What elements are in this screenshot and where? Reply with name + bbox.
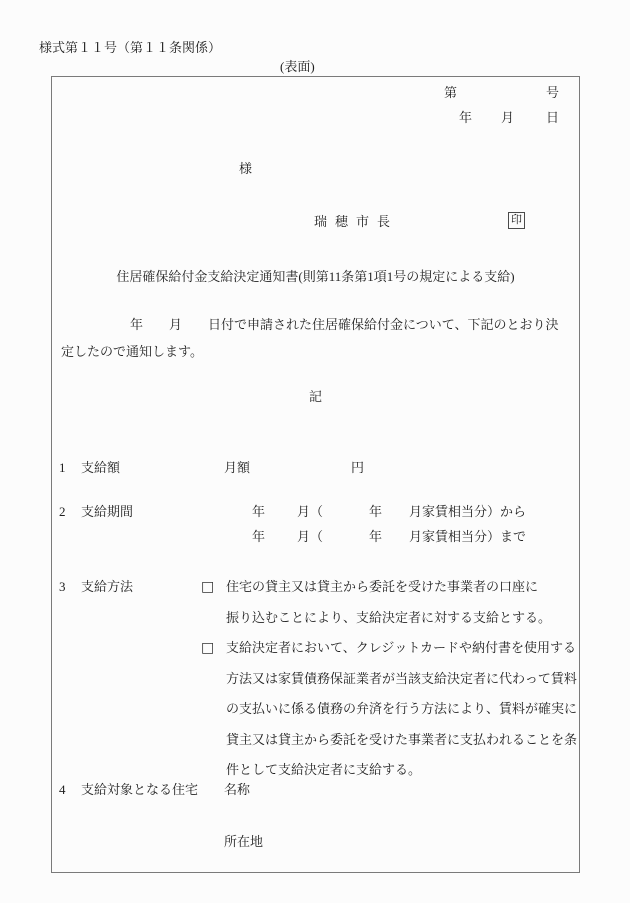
period-to-tail: 月家賃相当分）まで — [409, 528, 526, 546]
issuer-title: 瑞穂市長 — [314, 213, 398, 231]
item2-label: 支給期間 — [81, 503, 133, 521]
document-page: 様式第１１号（第１１条関係） (表面) 第 号 年 月 日 様 瑞穂市長 印 住… — [0, 0, 630, 903]
payment-option1-line: 振り込むことにより、支給決定者に対する支給とする。 — [226, 609, 551, 627]
date-month-label: 月 — [501, 109, 514, 127]
payment-option2-line: 件として支給決定者に支給する。 — [226, 761, 421, 779]
amount-monthly-label: 月額 — [224, 459, 250, 477]
amount-unit-label: 円 — [351, 459, 364, 477]
housing-name-label: 名称 — [224, 781, 250, 799]
doc-number-prefix: 第 — [444, 84, 457, 102]
checkbox-icon[interactable]: □ — [201, 639, 214, 657]
notice-title: 住居確保給付金支給決定通知書(則第11条第1項1号の規定による支給) — [52, 268, 579, 286]
period-from-month-label: 月（ — [297, 503, 323, 521]
payment-option2-line: 方法又は家賃債務保証業者が当該支給決定者に代わって賃料 — [226, 670, 577, 688]
date-day-label: 日 — [546, 109, 559, 127]
period-to-inner-year-label: 年 — [369, 528, 382, 546]
item2-number: 2 — [59, 503, 66, 521]
item1-label: 支給額 — [81, 459, 120, 477]
period-from-tail: 月家賃相当分）から — [409, 503, 526, 521]
period-to-month-label: 月（ — [297, 528, 323, 546]
notice-frame: 第 号 年 月 日 様 瑞穂市長 印 住居確保給付金支給決定通知書(則第11条第… — [51, 76, 580, 873]
item1-number: 1 — [59, 459, 66, 477]
payment-option2-line: 貸主又は貸主から委託を受けた事業者に支払われることを条 — [226, 731, 577, 749]
record-marker: 記 — [52, 388, 579, 406]
body-line-1: 年 月 日付で申請された住居確保給付金について、下記のとおり決 — [130, 316, 558, 334]
payment-option2-line: 支給決定者において、クレジットカードや納付書を使用する — [226, 639, 576, 657]
housing-address-label: 所在地 — [224, 833, 263, 851]
item3-number: 3 — [59, 578, 66, 596]
period-to-year-label: 年 — [252, 528, 265, 546]
payment-option2-line: の支払いに係る債務の弁済を行う方法により、賃料が確実に — [226, 700, 577, 718]
seal-icon: 印 — [508, 212, 525, 229]
item4-number: 4 — [59, 781, 66, 799]
form-number-label: 様式第１１号（第１１条関係） — [39, 39, 221, 57]
item3-label: 支給方法 — [81, 578, 133, 596]
period-from-year-label: 年 — [252, 503, 265, 521]
side-label: (表面) — [280, 58, 315, 76]
date-year-label: 年 — [459, 109, 472, 127]
body-line-2: 定したので通知します。 — [61, 343, 203, 361]
checkbox-icon[interactable]: □ — [201, 578, 214, 596]
addressee-honorific: 様 — [239, 160, 252, 178]
item4-label: 支給対象となる住宅 — [81, 781, 198, 799]
period-from-inner-year-label: 年 — [369, 503, 382, 521]
doc-number-suffix: 号 — [546, 84, 559, 102]
payment-option1-line: 住宅の貸主又は貸主から委託を受けた事業者の口座に — [226, 578, 538, 596]
